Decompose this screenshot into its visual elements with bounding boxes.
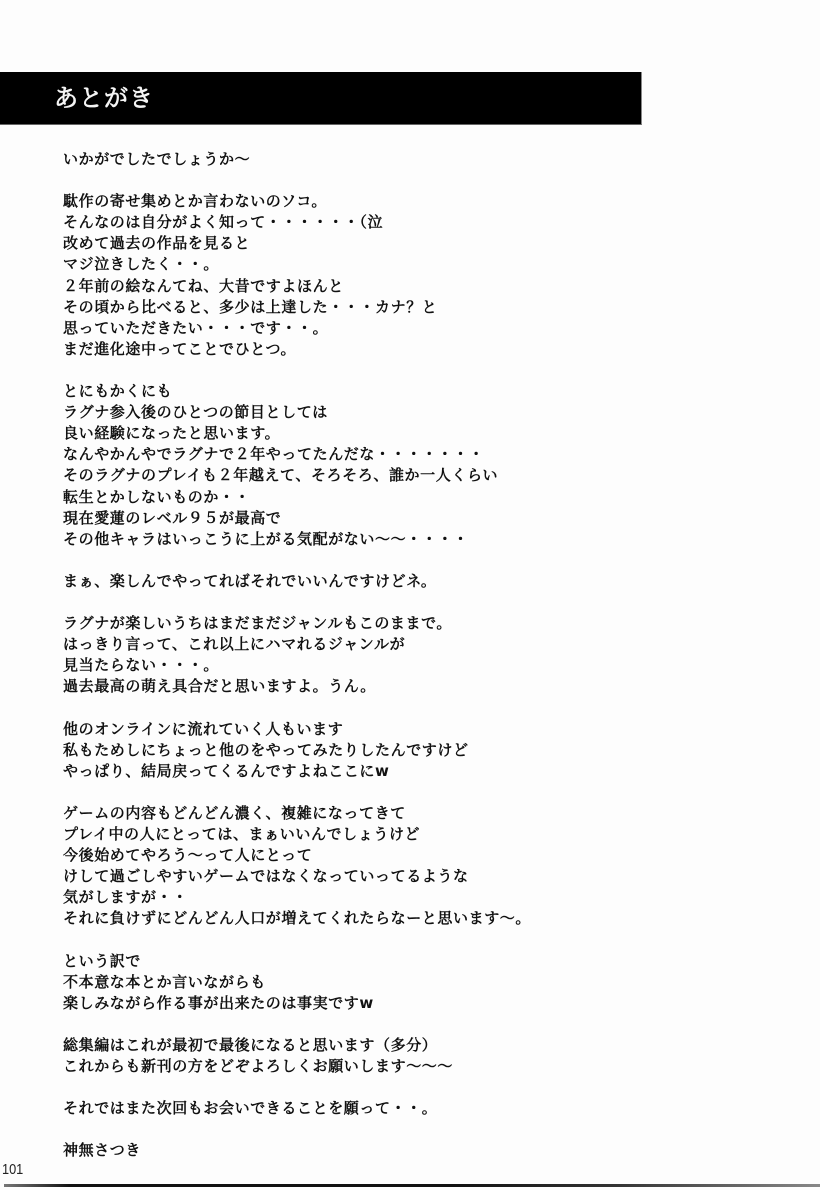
paragraph: ゲームの内容もどんどん濃く、複雑になってきて プレイ中の人にとっては、まぁいいん…	[63, 803, 783, 930]
text-line: やっぱり、結局戻ってくるんですよねここにw	[63, 761, 783, 782]
text-line: ラグナ参入後のひとつの節目としては	[63, 402, 783, 423]
text-line: 現在愛蓮のレベル９５が最高で	[63, 508, 783, 529]
bottom-rule-divider	[4, 1184, 820, 1187]
text-line: ２年前の絵なんてね、大昔ですよほんと	[63, 276, 783, 297]
text-line: 思っていただきたい・・・です・・。	[63, 318, 783, 339]
paragraph: という訳で 不本意な本とか言いながらも 楽しみながら作る事が出来たのは事実ですw	[63, 951, 783, 1014]
paragraph: ラグナが楽しいうちはまだまだジャンルもこのままで。 はっきり言って、これ以上にハ…	[63, 613, 783, 697]
paragraph: 総集編はこれが最初で最後になると思います（多分） これからも新刊の方をどぞよろし…	[63, 1035, 783, 1077]
text-line: という訳で	[63, 951, 783, 972]
text-line: ゲームの内容もどんどん濃く、複雑になってきて	[63, 803, 783, 824]
text-line: そんなのは自分がよく知って・・・・・・（泣	[63, 212, 783, 233]
text-line: 良い経験になったと思います。	[63, 423, 783, 444]
paragraph: とにもかくにも ラグナ参入後のひとつの節目としては 良い経験になったと思います。…	[63, 381, 783, 550]
text-line: まぁ、楽しんでやってればそれでいいんですけどネ。	[63, 571, 783, 592]
text-line: 見当たらない・・・。	[63, 655, 783, 676]
text-line: 楽しみながら作る事が出来たのは事実ですw	[63, 993, 783, 1014]
text-line: 総集編はこれが最初で最後になると思います（多分）	[63, 1035, 783, 1056]
text-line: プレイ中の人にとっては、まぁいいんでしょうけど	[63, 824, 783, 845]
text-line: とにもかくにも	[63, 381, 783, 402]
afterword-body: いかがでしたでしょうか～ 駄作の寄せ集めとか言わないのソコ。 そんなのは自分がよ…	[63, 149, 783, 1162]
paragraph: それではまた次回もお会いできることを願って・・。	[63, 1098, 783, 1119]
text-line: 改めて過去の作品を見ると	[63, 233, 783, 254]
text-line: その他キャラはいっこうに上がる気配がない～～・・・・	[63, 529, 783, 550]
text-line: 転生とかしないものか・・	[63, 487, 783, 508]
text-line: その頃から比べると、多少は上達した・・・カナ？と	[63, 297, 783, 318]
text-line: 私もためしにちょっと他のをやってみたりしたんですけど	[63, 740, 783, 761]
text-line: けして過ごしやすいゲームではなくなっていってるような	[63, 866, 783, 887]
text-line: なんやかんやでラグナで２年やってたんだな・・・・・・・	[63, 444, 783, 465]
text-line: 駄作の寄せ集めとか言わないのソコ。	[63, 191, 783, 212]
text-line: はっきり言って、これ以上にハマれるジャンルが	[63, 634, 783, 655]
text-line: そのラグナのプレイも２年越えて、そろそろ、誰か一人くらい	[63, 465, 783, 486]
page-number: 101	[2, 1161, 23, 1178]
text-line: 今後始めてやろう～って人にとって	[63, 845, 783, 866]
text-line: 過去最高の萌え具合だと思いますよ。うん。	[63, 676, 783, 697]
text-line: ラグナが楽しいうちはまだまだジャンルもこのままで。	[63, 613, 783, 634]
text-line: これからも新刊の方をどぞよろしくお願いします～～～	[63, 1056, 783, 1077]
text-line: 不本意な本とか言いながらも	[63, 972, 783, 993]
paragraph: いかがでしたでしょうか～	[63, 149, 783, 170]
text-line: それではまた次回もお会いできることを願って・・。	[63, 1098, 783, 1119]
text-line: マジ泣きしたく・・。	[63, 254, 783, 275]
text-line: それに負けずにどんどん人口が増えてくれたらなーと思います～。	[63, 908, 783, 929]
section-header-bar: あとがき	[0, 72, 642, 125]
paragraph: 他のオンラインに流れていく人もいます 私もためしにちょっと他のをやってみたりした…	[63, 719, 783, 782]
text-line: まだ進化途中ってことでひとつ。	[63, 339, 783, 360]
paragraph: 駄作の寄せ集めとか言わないのソコ。 そんなのは自分がよく知って・・・・・・（泣 …	[63, 191, 783, 360]
section-title: あとがき	[54, 82, 154, 114]
paragraph: まぁ、楽しんでやってればそれでいいんですけどネ。	[63, 571, 783, 592]
text-line: 他のオンラインに流れていく人もいます	[63, 719, 783, 740]
author-signature: 神無さつき	[63, 1140, 783, 1161]
text-line: 気がしますが・・	[63, 887, 783, 908]
text-line: いかがでしたでしょうか～	[63, 149, 783, 170]
